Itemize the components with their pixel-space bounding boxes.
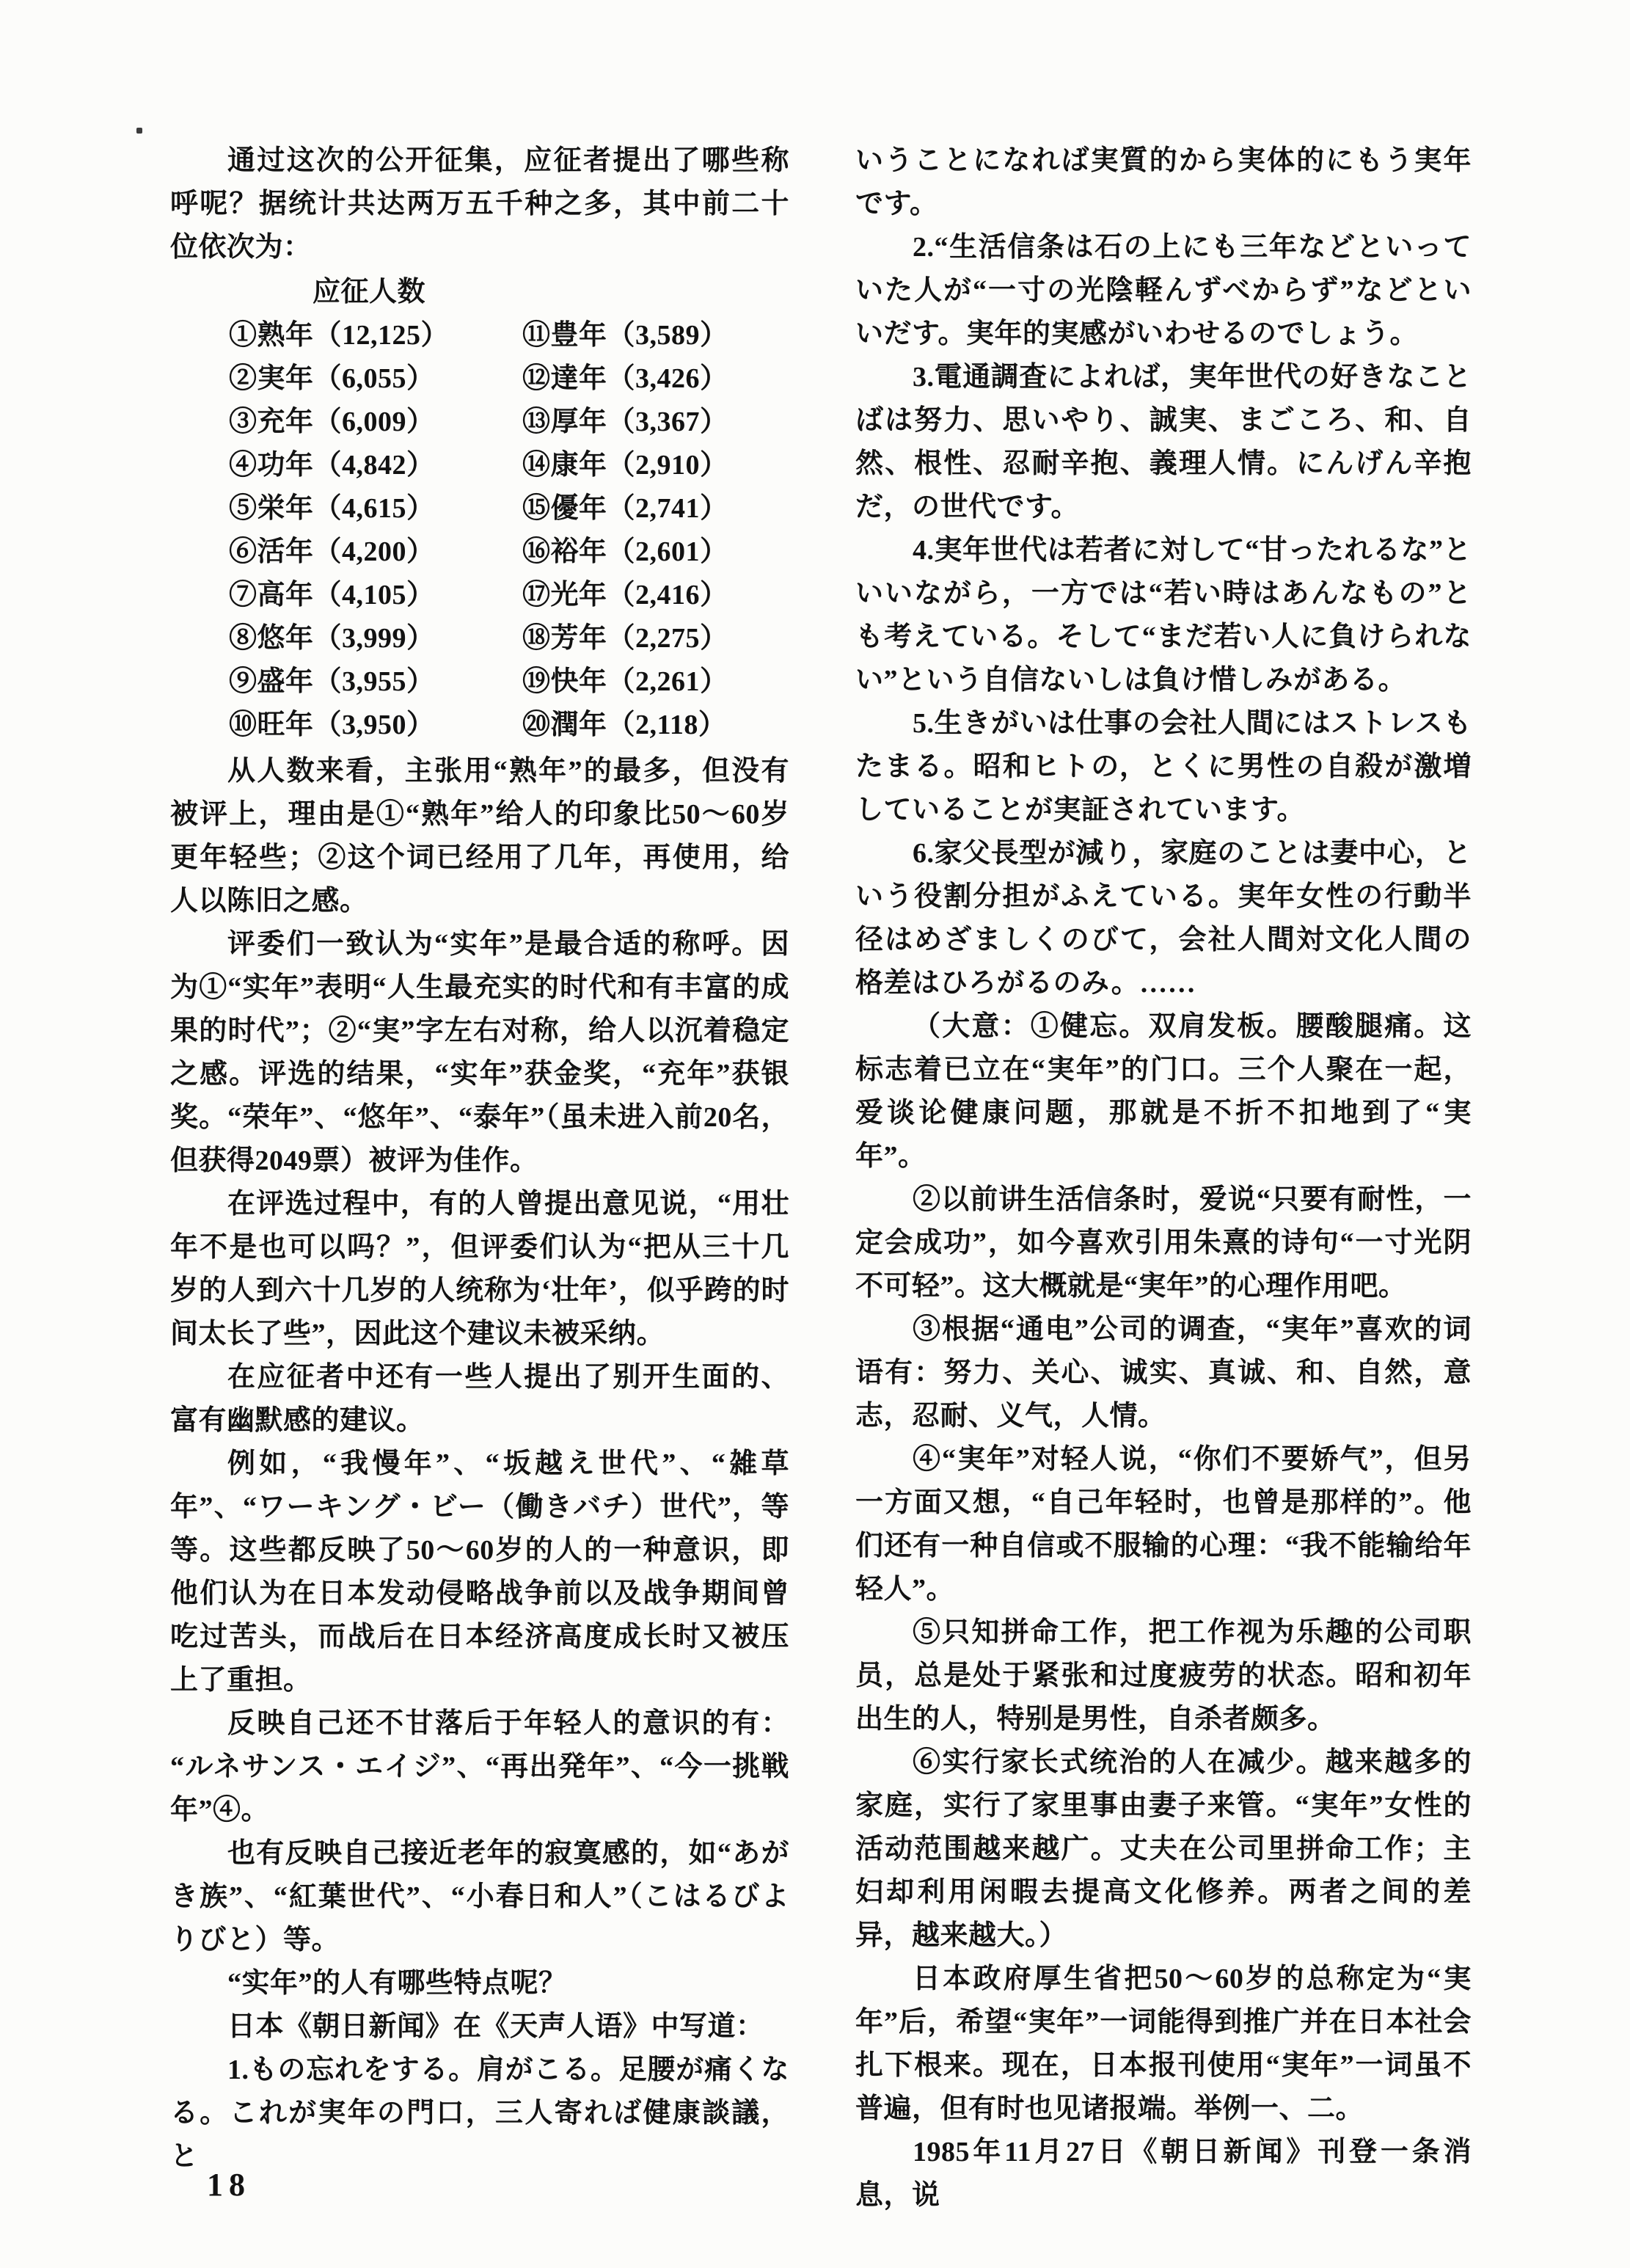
votes-row: ①熟年（12,125） ⑪豊年（3,589） (170, 314, 789, 357)
votes-cell: ⑲快年（2,261） (522, 660, 789, 704)
votes-cell: ⑤栄年（4,615） (229, 487, 522, 530)
votes-table: 应征人数 ①熟年（12,125） ⑪豊年（3,589） ②実年（6,055） ⑫… (170, 271, 789, 747)
paragraph: 5.生きがいは仕事の会社人間にはストレスもたまる。昭和ヒトの，とくに男性の自殺が… (855, 702, 1472, 832)
paragraph: 日本政府厚生省把50～60岁的总称定为“実年”后，希望“実年”一词能得到推广并在… (855, 1958, 1472, 2131)
votes-row: ⑨盛年（3,955） ⑲快年（2,261） (170, 660, 789, 704)
right-column: いうことになれば実質的から実体的にもう実年です。 2.“生活信条は石の上にも三年… (855, 139, 1472, 2217)
paragraph: 例如，“我慢年”、“坂越え世代”、“雑草年”、“ワーキング・ビー（働きバチ）世代… (170, 1443, 789, 1702)
votes-cell: ⑰光年（2,416） (522, 574, 789, 617)
votes-row: ⑥活年（4,200） ⑯裕年（2,601） (170, 530, 789, 574)
votes-cell: ③充年（6,009） (229, 401, 522, 444)
paragraph: 6.家父長型が減り，家庭のことは妻中心，という役割分担がふえている。実年女性の行… (855, 832, 1472, 1005)
votes-cell: ⑯裕年（2,601） (522, 530, 789, 574)
votes-cell: ⑳潤年（2,118） (522, 704, 789, 747)
paragraph: ⑤只知拼命工作，把工作视为乐趣的公司职员，总是处于紧张和过度疲劳的状态。昭和初年… (855, 1611, 1472, 1741)
paragraph: 反映自己还不甘落后于年轻人的意识的有：“ルネサンス・エイジ”、“再出発年”、“今… (170, 1702, 789, 1832)
votes-cell: ⑩旺年（3,950） (229, 704, 522, 747)
votes-row: ⑦高年（4,105） ⑰光年（2,416） (170, 574, 789, 617)
votes-row: ②実年（6,055） ⑫達年（3,426） (170, 357, 789, 401)
paragraph: ②以前讲生活信条时，爱说“只要有耐性，一定会成功”，如今喜欢引用朱熹的诗句“一寸… (855, 1178, 1472, 1308)
paragraph: 评委们一致认为“实年”是最合适的称呼。因为①“实年”表明“人生最充实的时代和有丰… (170, 923, 789, 1183)
votes-cell: ⑬厚年（3,367） (522, 401, 789, 444)
votes-cell: ④功年（4,842） (229, 444, 522, 487)
scanned-page: 通过这次的公开征集，应征者提出了哪些称呼呢？据统计共达两万五千种之多，其中前二十… (0, 0, 1630, 2268)
paragraph: 日本《朝日新闻》在《天声人语》中写道： (170, 2005, 789, 2049)
paragraph: “实年”的人有哪些特点呢？ (170, 1962, 789, 2005)
paragraph: 3.電通調査によれば，実年世代の好きなことばは努力、思いやり、誠実、まごころ、和… (855, 356, 1472, 529)
votes-cell: ⑥活年（4,200） (229, 530, 522, 574)
page-number: 18 (207, 2166, 251, 2203)
paragraph: いうことになれば実質的から実体的にもう実年です。 (855, 139, 1472, 226)
votes-row: ④功年（4,842） ⑭康年（2,910） (170, 444, 789, 487)
votes-cell: ⑫達年（3,426） (522, 357, 789, 401)
paragraph: （大意：①健忘。双肩发板。腰酸腿痛。这标志着已立在“実年”的门口。三个人聚在一起… (855, 1005, 1472, 1178)
votes-cell: ②実年（6,055） (229, 357, 522, 401)
votes-cell: ⑪豊年（3,589） (522, 314, 789, 357)
votes-table-header: 应征人数 (313, 271, 789, 314)
paragraph: 通过这次的公开征集，应征者提出了哪些称呼呢？据统计共达两万五千种之多，其中前二十… (170, 139, 789, 269)
paragraph: ④“実年”对轻人说，“你们不要娇气”，但另一方面又想，“自己年轻时，也曾是那样的… (855, 1438, 1472, 1611)
votes-row: ⑤栄年（4,615） ⑮優年（2,741） (170, 487, 789, 530)
votes-cell: ⑧悠年（3,999） (229, 617, 522, 660)
paragraph: 在评选过程中，有的人曾提出意见说，“用壮年不是也可以吗？”，但评委们认为“把从三… (170, 1183, 789, 1356)
paragraph: ⑥实行家长式统治的人在减少。越来越多的家庭，实行了家里事由妻子来管。“実年”女性… (855, 1741, 1472, 1958)
votes-cell: ⑮優年（2,741） (522, 487, 789, 530)
votes-row: ⑧悠年（3,999） ⑱芳年（2,275） (170, 617, 789, 660)
votes-cell: ⑭康年（2,910） (522, 444, 789, 487)
votes-row: ⑩旺年（3,950） ⑳潤年（2,118） (170, 704, 789, 747)
left-column: 通过这次的公开征集，应征者提出了哪些称呼呢？据统计共达两万五千种之多，其中前二十… (170, 139, 789, 2178)
votes-cell: ⑱芳年（2,275） (522, 617, 789, 660)
paragraph: 在应征者中还有一些人提出了别开生面的、富有幽默感的建议。 (170, 1356, 789, 1443)
paragraph: 2.“生活信条は石の上にも三年などといっていた人が“一寸の光陰軽んずべからず”な… (855, 226, 1472, 356)
paragraph: 从人数来看，主张用“熟年”的最多，但没有被评上，理由是①“熟年”给人的印象比50… (170, 750, 789, 923)
paragraph: ③根据“通电”公司的调查，“実年”喜欢的词语有：努力、关心、诚实、真诚、和、自然… (855, 1308, 1472, 1438)
votes-cell: ⑦高年（4,105） (229, 574, 522, 617)
paragraph: 1985年11月27日《朝日新闻》刊登一条消息，说 (855, 2131, 1472, 2217)
votes-cell: ⑨盛年（3,955） (229, 660, 522, 704)
paragraph: 也有反映自己接近老年的寂寞感的，如“あがき族”、“紅葉世代”、“小春日和人”（こ… (170, 1832, 789, 1962)
paragraph: 4.実年世代は若者に対して“甘ったれるな”といいながら，一方では“若い時はあんな… (855, 529, 1472, 702)
paragraph: 1.もの忘れをする。肩がこる。足腰が痛くなる。これが実年の門口，三人寄れば健康談… (170, 2049, 789, 2178)
votes-cell: ①熟年（12,125） (229, 314, 522, 357)
ink-speck (136, 128, 142, 134)
votes-row: ③充年（6,009） ⑬厚年（3,367） (170, 401, 789, 444)
